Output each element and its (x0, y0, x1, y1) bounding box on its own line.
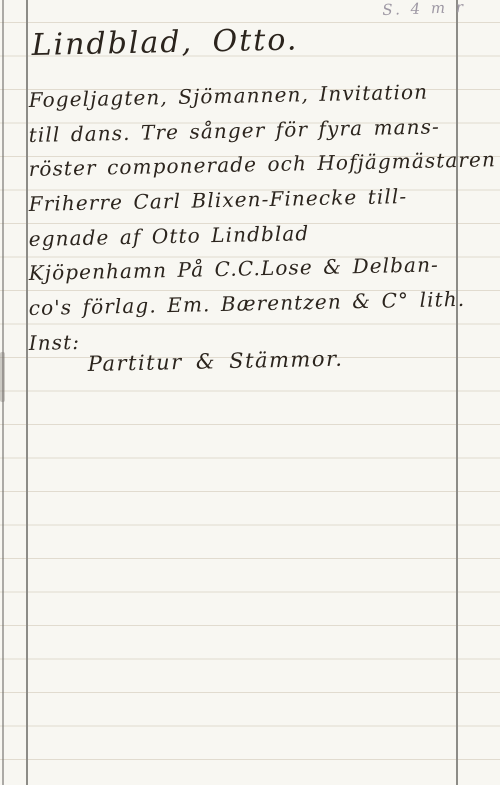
entry-line: Fogeljagten, Sjömannen, Invitation (28, 80, 428, 112)
entry-line: till dans. Tre sånger för fyra mans- (28, 114, 440, 147)
entry-line: röster componerade och Hofjägmästaren (28, 147, 496, 181)
entry-line: egnade af Otto Lindblad (28, 221, 309, 251)
format-note: Partitur & Stämmor. (87, 347, 343, 376)
pencil-shelf-mark: S. 4 m r (382, 0, 466, 19)
entry-heading: Lindblad, Otto. (31, 22, 298, 63)
entry-line: Friherre Carl Blixen-Finecke till- (28, 184, 407, 216)
scanned-catalog-page: S. 4 m r Lindblad, Otto. Fogeljagten, Sj… (0, 0, 500, 785)
right-margin-line (456, 0, 458, 785)
entry-line: Kjöpenhamn På C.C.Lose & Delban- (28, 252, 439, 285)
left-margin-line (26, 0, 28, 785)
entry-line: Inst: (28, 330, 80, 355)
scan-edge-smudge (0, 352, 5, 402)
entry-line: co's förlag. Em. Bærentzen & C° lith. (28, 287, 465, 320)
